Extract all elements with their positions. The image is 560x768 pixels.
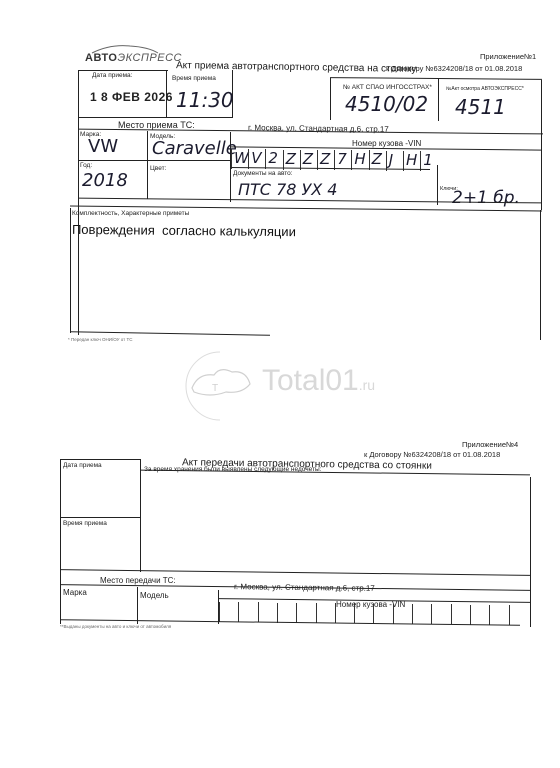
vin-cell xyxy=(393,604,394,624)
vin-cell xyxy=(373,604,374,624)
vin-cell xyxy=(451,604,452,624)
watermark-text: Total01.ru xyxy=(262,364,375,398)
time-label: Время приема xyxy=(172,75,216,82)
completeness-value: Повреждения согласно калькуляции xyxy=(72,222,296,239)
defects-label: За время хранения были выявлены следующи… xyxy=(144,466,322,473)
vin-char: Z xyxy=(303,150,313,168)
svg-text:T: T xyxy=(212,383,218,394)
appendix-label: Приложение№1 xyxy=(480,52,536,61)
model-value: Caravelle xyxy=(152,138,237,159)
time-value: 11:30 xyxy=(176,88,234,112)
date4-label: Дата приема xyxy=(63,462,102,469)
vin-char: H xyxy=(354,150,365,168)
vin-char: J xyxy=(389,151,393,169)
watermark-car-icon: T xyxy=(180,348,260,423)
form4-footnote: **Выданы документы на авто и ключи от ав… xyxy=(60,624,171,629)
date-stamp: 1 8 ФЕВ 2026 xyxy=(90,90,173,104)
keys-value: 2+1 бр. xyxy=(452,188,520,208)
vin-cell xyxy=(509,605,510,625)
vin-char: Z xyxy=(320,150,330,168)
vin-label: Номер кузова -VIN xyxy=(352,139,421,148)
brand4-label: Марка xyxy=(63,588,87,597)
form1-footnote: * Передан ключ ОНИ/ОУ от ТС xyxy=(68,337,132,342)
color-label: Цвет: xyxy=(150,165,166,172)
vin-cell xyxy=(219,602,220,622)
vin-cell xyxy=(431,604,432,624)
watermark-main: Total01 xyxy=(262,364,359,397)
vin-char: 2 xyxy=(268,149,278,167)
act-inspect-label: №Акт осмотра АВТОЭКСПРЕСС* xyxy=(446,86,524,92)
vin-char: Z xyxy=(286,150,296,168)
model4-label: Модель xyxy=(140,591,169,600)
watermark-suffix: .ru xyxy=(359,377,375,393)
completeness-label: Комплектность, Характерные приметы xyxy=(72,210,189,217)
vin-cell xyxy=(412,604,413,624)
year-value: 2018 xyxy=(82,170,128,191)
vin-cell xyxy=(335,603,336,623)
time4-label: Время приема xyxy=(63,520,107,527)
vin-cell xyxy=(277,603,278,623)
vin-cell xyxy=(258,602,259,622)
vin-char: W xyxy=(234,149,249,167)
form-title: Акт приема автотранспортного средства на… xyxy=(176,60,417,75)
appendix4-label: Приложение№4 xyxy=(462,440,518,449)
date-label: Дата приема: xyxy=(92,72,132,79)
contract4-label: к Договору №6324208/18 от 01.08.2018 xyxy=(364,450,500,459)
act-ingos-value: 4510/02 xyxy=(345,92,428,116)
year-label: Год: xyxy=(80,162,92,169)
vin-cell xyxy=(316,603,317,623)
vin-cell xyxy=(354,603,355,623)
brand-value: VW xyxy=(88,136,118,157)
vin-cell xyxy=(296,603,297,623)
vin-char: 7 xyxy=(337,150,347,168)
vin-char: V xyxy=(251,149,261,167)
docs-value: ПТС 78 УХ 4 xyxy=(238,180,337,199)
vin-cell xyxy=(489,605,490,625)
vin-char: H xyxy=(406,151,417,169)
vin-cell xyxy=(238,602,239,622)
vin-char: Z xyxy=(372,150,382,168)
act-ingos-label: № АКТ СПАО ИНГОССТРАХ* xyxy=(343,84,432,91)
place4-label: Место передачи ТС: xyxy=(100,576,176,585)
car-logo-icon xyxy=(90,44,160,54)
vin-char: 1 xyxy=(423,151,433,169)
act-inspect-value: 4511 xyxy=(455,95,506,119)
docs-label: Документы на авто: xyxy=(233,170,293,177)
vin-cell xyxy=(470,605,471,625)
vin4-label: Номер кузова -VIN xyxy=(336,600,405,609)
